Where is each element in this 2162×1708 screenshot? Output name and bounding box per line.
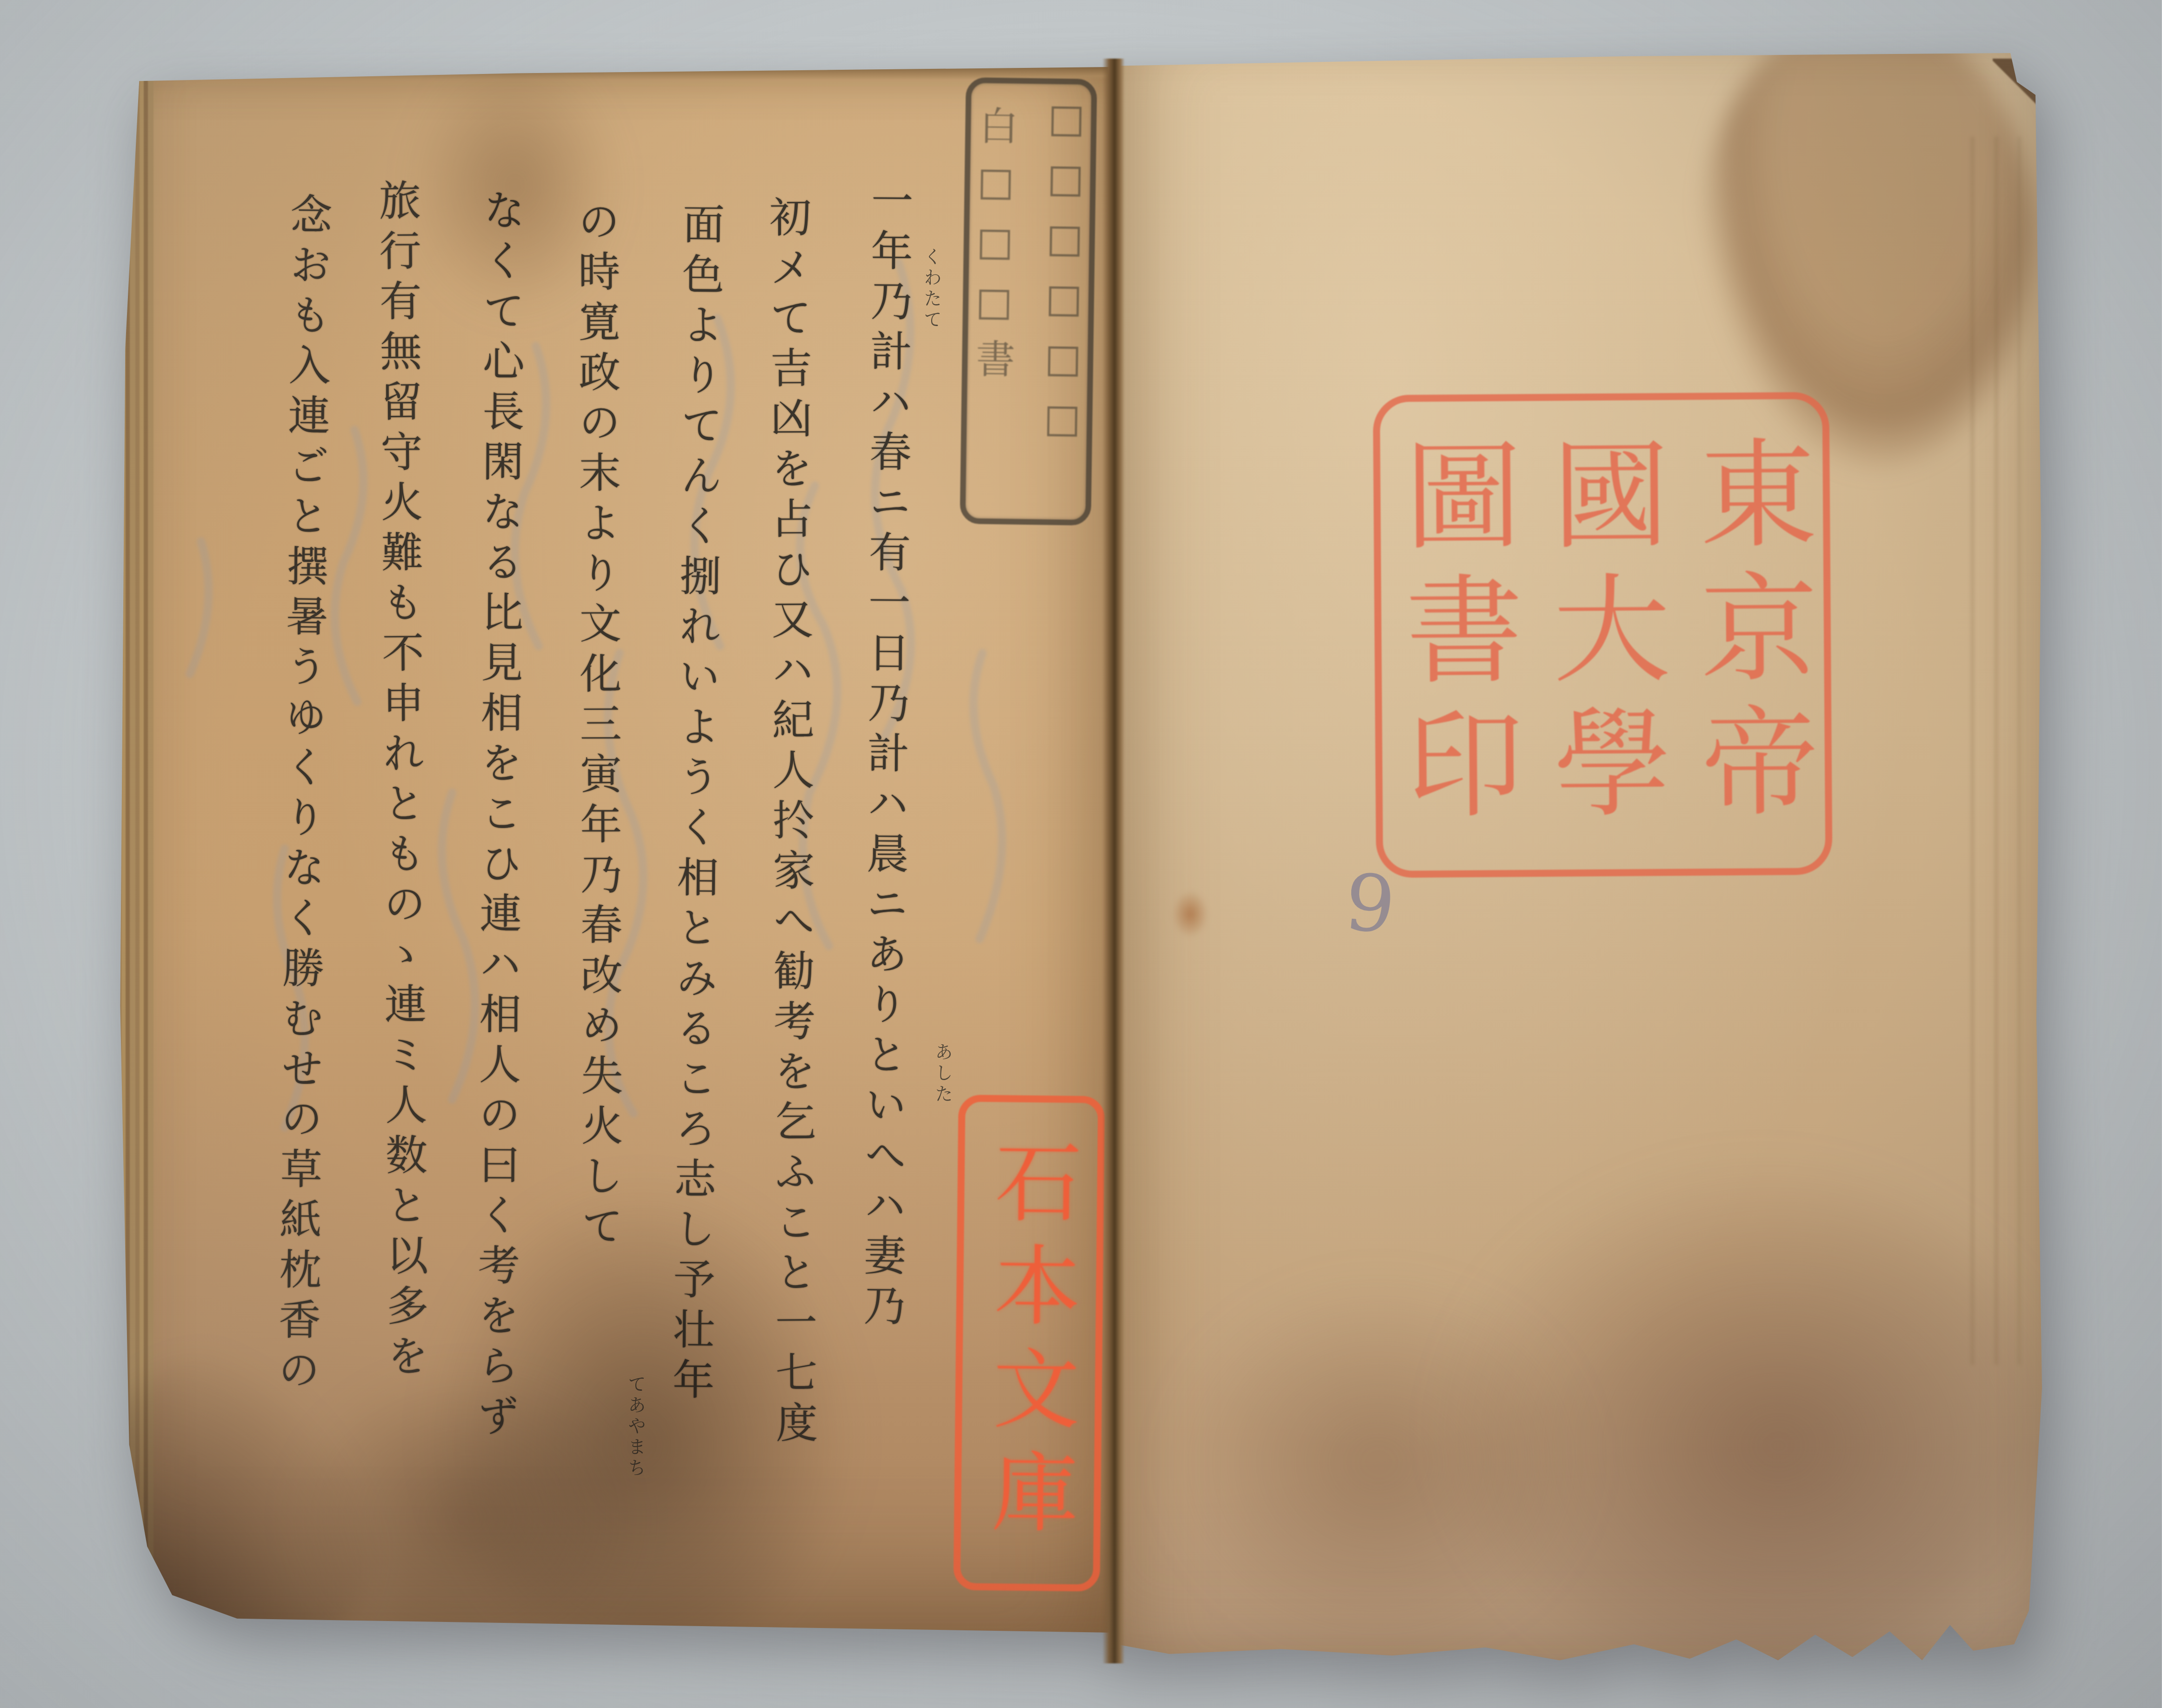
furigana-note-2: あした <box>932 1042 950 1105</box>
corner-fold <box>1993 59 2040 120</box>
text-column-1: 一年乃計ハ春ニ有一日乃計ハ晨ニありといへハ妻乃 <box>854 179 910 1588</box>
black-stamp-right-column: □□□□□□ <box>1041 95 1086 456</box>
paper-creases <box>1951 137 2021 1365</box>
text-column-2: 初メて吉凶を占ひ又ハ紀人扵家へ勧考を乞ふこと一七度 <box>762 195 816 1591</box>
scanned-manuscript-spread: 一年乃計ハ春ニ有一日乃計ハ晨ニありといへハ妻乃 初メて吉凶を占ひ又ハ紀人扵家へ勧… <box>0 0 2162 1708</box>
water-stain <box>1448 1169 2043 1662</box>
water-stain <box>1169 1281 1588 1644</box>
furigana-note-1: くわたて <box>921 247 939 331</box>
text-column-7: 念おも入連ごと撰暑うゆくりなく勝むせの草紙枕香の <box>269 193 329 1588</box>
open-book: 一年乃計ハ春ニ有一日乃計ハ晨ニありといへハ妻乃 初メて吉凶を占ひ又ハ紀人扵家へ勧… <box>117 53 2043 1669</box>
text-column-6: 旅行有無留守火難も不申れとものゝ連ミ人数と以多を <box>372 179 427 1588</box>
text-column-3: 面色よりてんく捌れいようく相とみるころ志し予壮年 <box>664 202 722 1598</box>
text-column-4: の時寛政の末より文化三寅年乃春改め失火して <box>571 200 622 1595</box>
pencil-page-number: 9 <box>1341 858 1399 953</box>
text-column-5: なくて心長閑なる比見相をこひ連ハ相人の曰く考をらず <box>469 188 523 1584</box>
left-page: 一年乃計ハ春ニ有一日乃計ハ晨ニありといへハ妻乃 初メて吉凶を占ひ又ハ紀人扵家へ勧… <box>117 67 1116 1633</box>
seal-column-1: 東京帝 <box>1690 433 1810 835</box>
page-stack-fore-edge <box>117 75 153 1627</box>
black-ownership-stamp: □□□□□□ 白□□□書 <box>960 77 1097 526</box>
furigana-note-3: てあやまち <box>625 1374 643 1479</box>
tokyo-imperial-university-library-seal: 東京帝 國大學 圖書印 <box>1373 392 1832 878</box>
black-stamp-left-column: 白□□□書 <box>973 105 1016 392</box>
ishimoto-bunko-stamp: 石本文庫 <box>953 1094 1105 1591</box>
seal-column-3: 圖書印 <box>1395 434 1515 837</box>
seal-column-2: 國大學 <box>1542 434 1662 836</box>
page-stack-top-edge <box>131 67 1108 80</box>
stain <box>1172 890 1208 938</box>
ishimoto-bunko-stamp-text: 石本文庫 <box>984 1136 1074 1550</box>
book-gutter <box>1102 59 1125 1663</box>
right-page: 東京帝 國大學 圖書印 9 <box>1114 53 2043 1662</box>
worn-corner <box>117 1351 382 1633</box>
